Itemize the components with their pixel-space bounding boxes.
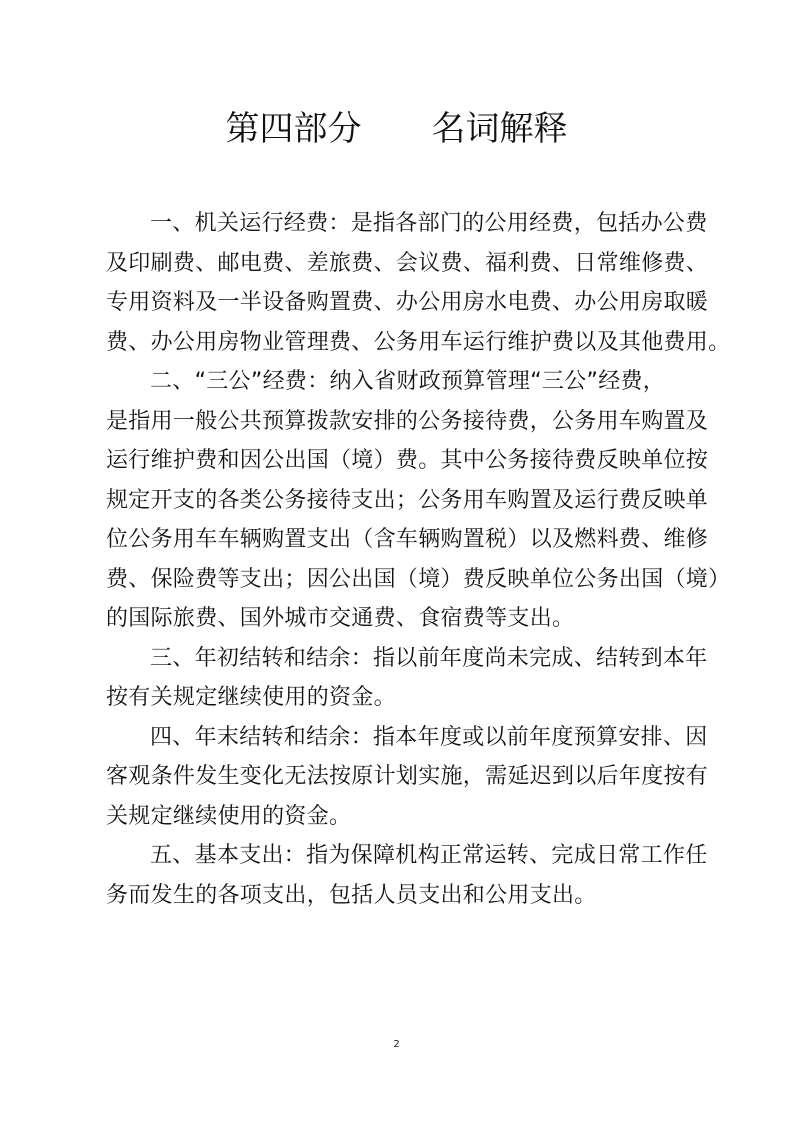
paragraph-line: 五、基本支出：指为保障机构正常运转、完成日常工作任 — [106, 836, 696, 876]
paragraph-line: 客观条件发生变化无法按原计划实施，需延迟到以后年度按有 — [106, 757, 696, 797]
paragraph-ending-carryover: 四、年末结转和结余：指本年度或以前年度预算安排、因 客观条件发生变化无法按原计划… — [106, 718, 696, 837]
paragraph-basic-expenditure: 五、基本支出：指为保障机构正常运转、完成日常工作任 务而发生的各项支出，包括人员… — [106, 836, 696, 915]
paragraph-beginning-carryover: 三、年初结转和结余：指以前年度尚未完成、结转到本年 按有关规定继续使用的资金。 — [106, 639, 696, 718]
document-body: 一、机关运行经费：是指各部门的公用经费，包括办公费 及印刷费、邮电费、差旅费、会… — [106, 204, 696, 915]
page-title: 第四部分名词解释 — [0, 104, 793, 154]
paragraph-line: 专用资料及一半设备购置费、办公用房水电费、办公用房取暖 — [106, 283, 696, 323]
paragraph-line: 关规定继续使用的资金。 — [106, 797, 696, 837]
paragraph-line: 二、“三公”经费：纳入省财政预算管理“三公”经费， — [106, 362, 696, 402]
title-name: 名词解释 — [432, 109, 568, 149]
paragraph-line: 务而发生的各项支出，包括人员支出和公用支出。 — [106, 876, 696, 916]
paragraph-line: 费、办公用房物业管理费、公务用车运行维护费以及其他费用。 — [106, 323, 696, 363]
page-number: 2 — [0, 1038, 793, 1052]
paragraph-line: 位公务用车车辆购置支出（含车辆购置税）以及燃料费、维修 — [106, 520, 696, 560]
paragraph-line: 四、年末结转和结余：指本年度或以前年度预算安排、因 — [106, 718, 696, 758]
paragraph-administrative-expenses: 一、机关运行经费：是指各部门的公用经费，包括办公费 及印刷费、邮电费、差旅费、会… — [106, 204, 696, 362]
paragraph-line: 一、机关运行经费：是指各部门的公用经费，包括办公费 — [106, 204, 696, 244]
paragraph-line: 按有关规定继续使用的资金。 — [106, 678, 696, 718]
title-part: 第四部分 — [226, 109, 362, 149]
paragraph-line: 是指用一般公共预算拨款安排的公务接待费，公务用车购置及 — [106, 402, 696, 442]
paragraph-line: 规定开支的各类公务接待支出；公务用车购置及运行费反映单 — [106, 481, 696, 521]
paragraph-three-public-expenses: 二、“三公”经费：纳入省财政预算管理“三公”经费， 是指用一般公共预算拨款安排的… — [106, 362, 696, 639]
paragraph-line: 运行维护费和因公出国（境）费。其中公务接待费反映单位按 — [106, 441, 696, 481]
paragraph-line: 三、年初结转和结余：指以前年度尚未完成、结转到本年 — [106, 639, 696, 679]
paragraph-line: 的国际旅费、国外城市交通费、食宿费等支出。 — [106, 599, 696, 639]
paragraph-line: 及印刷费、邮电费、差旅费、会议费、福利费、日常维修费、 — [106, 244, 696, 284]
paragraph-line: 费、保险费等支出；因公出国（境）费反映单位公务出国（境） — [106, 560, 696, 600]
